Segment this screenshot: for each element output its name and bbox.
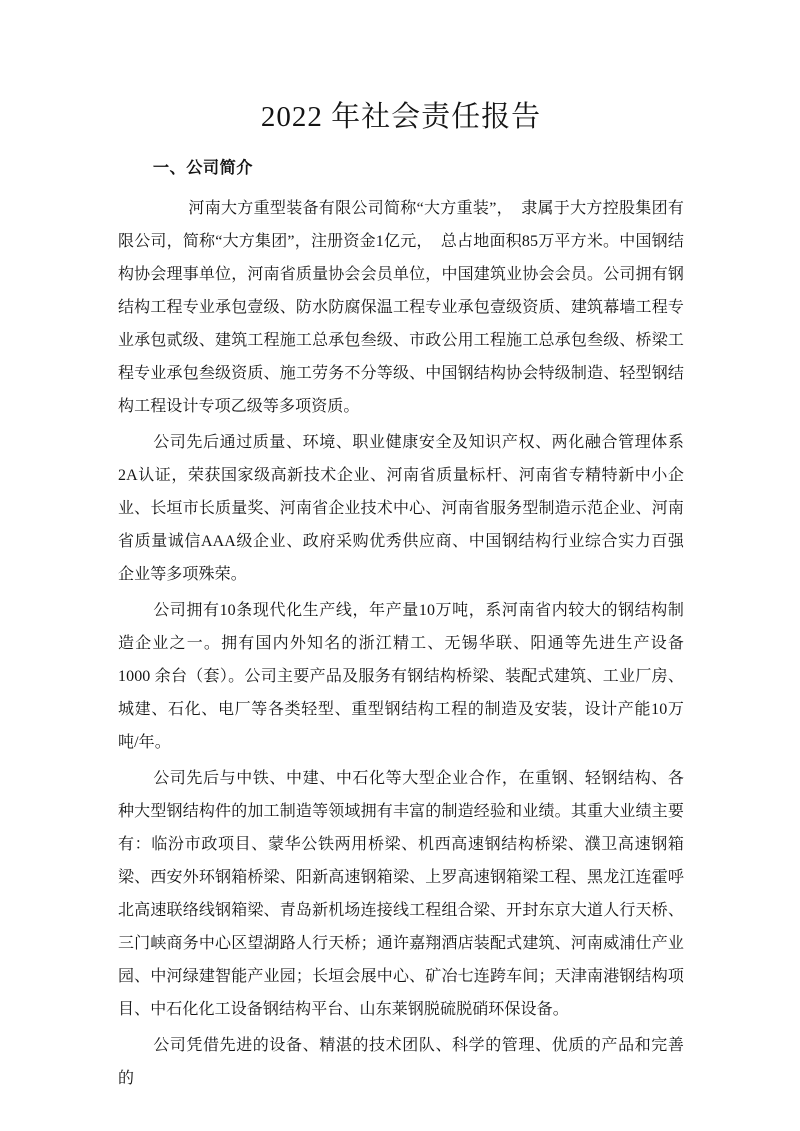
paragraph-major-projects: 公司先后与中铁、中建、中石化等大型企业合作，在重钢、轻钢结构、各种大型钢结构件的… (118, 762, 684, 1026)
section-heading-company-intro: 一、公司简介 (118, 152, 684, 185)
paragraph-company-strengths: 公司凭借先进的设备、精湛的技术团队、科学的管理、优质的产品和完善的 (118, 1029, 684, 1095)
paragraph-certifications-honors: 公司先后通过质量、环境、职业健康安全及知识产权、两化融合管理体系2A认证，荣获国… (118, 426, 684, 591)
document-title: 2022 年社会责任报告 (118, 96, 684, 138)
document-page: 2022 年社会责任报告 一、公司简介 河南大方重型装备有限公司简称“大方重装”… (0, 0, 800, 1131)
paragraph-production-capacity: 公司拥有10条现代化生产线，年产量10万吨，系河南省内较大的钢结构制造企业之一。… (118, 594, 684, 759)
paragraph-company-overview: 河南大方重型装备有限公司简称“大方重装”， 隶属于大方控股集团有限公司，简称“大… (118, 192, 684, 423)
